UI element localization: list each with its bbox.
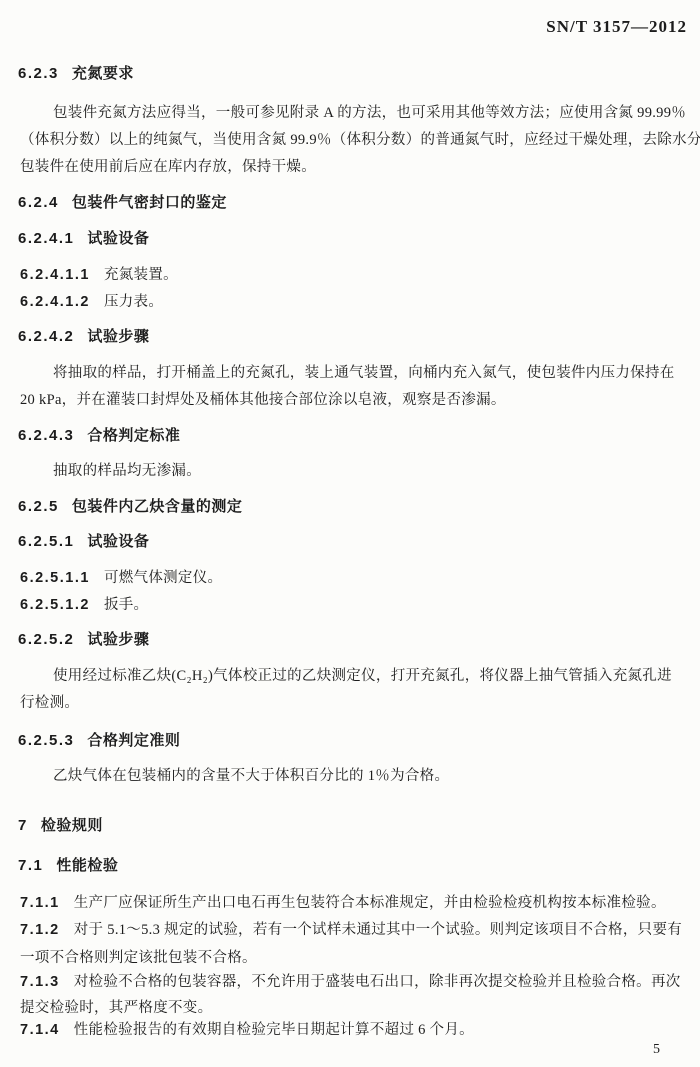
heading-number: 7.1 [18,857,43,874]
clause-text: 性能检验报告的有效期自检验完毕日期起计算不超过 6 个月。 [74,1022,474,1038]
clause-text: 对于 5.1～5.3 规定的试验，若有一个试样未通过其中一个试验。则判定该项目不… [74,922,682,938]
clause-number: 7.1.3 [20,974,60,990]
chapter-heading-7: 7检验规则 [18,816,103,836]
list-item-6-2-4-1-2: 6.2.4.1.2压力表。 [20,292,163,312]
standard-code: SN/T 3157—2012 [546,17,687,37]
paragraph-line: （体积分数）以上的纯氮气，当使用含氮 99.9％（体积分数）的普通氮气时，应经过… [20,130,700,150]
clause-7-1-2: 7.1.2对于 5.1～5.3 规定的试验，若有一个试样未通过其中一个试验。则判… [20,920,682,940]
heading-6-2-5-2: 6.2.5.2试验步骤 [18,630,149,650]
heading-6-2-5: 6.2.5包装件内乙炔含量的测定 [18,497,242,517]
heading-6-2-4-3: 6.2.4.3合格判定标准 [18,426,180,446]
clause-7-1-1: 7.1.1生产厂应保证所生产出口电石再生包装符合本标准规定，并由检验检疫机构按本… [20,893,666,913]
item-text: 充氮装置。 [104,267,178,283]
heading-number: 6.2.4.2 [18,328,74,345]
heading-6-2-3: 6.2.3充氮要求 [18,64,134,84]
heading-number: 6.2.5.3 [18,732,74,749]
heading-6-2-5-3: 6.2.5.3合格判定准则 [18,731,180,751]
heading-title: 包装件内乙炔含量的测定 [72,498,243,515]
item-text: 可燃气体测定仪。 [104,570,222,586]
heading-7-1: 7.1性能检验 [18,856,118,876]
item-number: 6.2.4.1.1 [20,267,90,283]
list-item-6-2-4-1-1: 6.2.4.1.1充氮装置。 [20,265,178,285]
paragraph-line: 乙炔气体在包装桶内的含量不大于体积百分比的 1％为合格。 [20,766,449,786]
heading-6-2-4-1: 6.2.4.1试验设备 [18,229,149,249]
list-item-6-2-5-1-1: 6.2.5.1.1可燃气体测定仪。 [20,568,222,588]
heading-title: 性能检验 [56,857,118,874]
clause-7-1-2-continuation: 一项不合格则判定该批包装不合格。 [20,948,257,968]
heading-number: 6.2.5 [18,498,59,515]
heading-title: 包装件气密封口的鉴定 [72,194,227,211]
heading-number: 6.2.4 [18,194,59,211]
paragraph-line: 将抽取的样品，打开桶盖上的充氮孔，装上通气装置，向桶内充入氮气，使包装件内压力保… [20,363,675,383]
clause-text: 生产厂应保证所生产出口电石再生包装符合本标准规定，并由检验检疫机构按本标准检验。 [74,895,666,911]
item-number: 6.2.5.1.2 [20,597,90,613]
heading-6-2-4-2: 6.2.4.2试验步骤 [18,327,149,347]
clause-number: 7.1.4 [20,1022,60,1038]
heading-6-2-5-1: 6.2.5.1试验设备 [18,532,149,552]
heading-number: 7 [18,817,28,834]
heading-title: 检验规则 [41,817,103,834]
heading-title: 试验步骤 [87,328,149,345]
heading-number: 6.2.4.3 [18,427,74,444]
heading-title: 试验设备 [87,230,149,247]
list-item-6-2-5-1-2: 6.2.5.1.2扳手。 [20,595,148,615]
clause-text: 对检验不合格的包装容器，不允许用于盛装电石出口，除非再次提交检验并且检验合格。再… [74,974,681,990]
heading-number: 6.2.3 [18,65,59,82]
clause-number: 7.1.1 [20,895,60,911]
heading-title: 充氮要求 [72,65,134,82]
document-page: SN/T 3157—2012 6.2.3充氮要求 包装件充氮方法应得当，一般可参… [0,0,700,1067]
paragraph-line: 包装件充氮方法应得当，一般可参见附录 A 的方法，也可采用其他等效方法；应使用含… [20,103,686,123]
page-number: 5 [653,1040,660,1060]
heading-number: 6.2.5.2 [18,631,74,648]
paragraph-line: 行检测。 [20,693,79,713]
heading-6-2-4: 6.2.4包装件气密封口的鉴定 [18,193,227,213]
paragraph-line: 使用经过标准乙炔(C₂H₂)气体校正过的乙炔测定仪，打开充氮孔，将仪器上抽气管插… [20,666,672,686]
item-text: 压力表。 [104,294,163,310]
heading-title: 试验步骤 [87,631,149,648]
clause-7-1-3: 7.1.3对检验不合格的包装容器，不允许用于盛装电石出口，除非再次提交检验并且检… [20,972,681,992]
heading-title: 合格判定标准 [87,427,180,444]
clause-7-1-4: 7.1.4性能检验报告的有效期自检验完毕日期起计算不超过 6 个月。 [20,1020,474,1040]
heading-number: 6.2.4.1 [18,230,74,247]
paragraph-line: 20 kPa，并在灌装口封焊处及桶体其他接合部位涂以皂液，观察是否渗漏。 [20,390,506,410]
heading-title: 试验设备 [87,533,149,550]
clause-number: 7.1.2 [20,922,60,938]
clause-7-1-3-continuation: 提交检验时，其严格度不变。 [20,998,212,1018]
paragraph-line: 包装件在使用前后应在库内存放，保持干燥。 [20,157,316,177]
heading-title: 合格判定准则 [87,732,180,749]
heading-number: 6.2.5.1 [18,533,74,550]
item-text: 扳手。 [104,597,148,613]
item-number: 6.2.4.1.2 [20,294,90,310]
item-number: 6.2.5.1.1 [20,570,90,586]
paragraph-line: 抽取的样品均无渗漏。 [20,461,201,481]
